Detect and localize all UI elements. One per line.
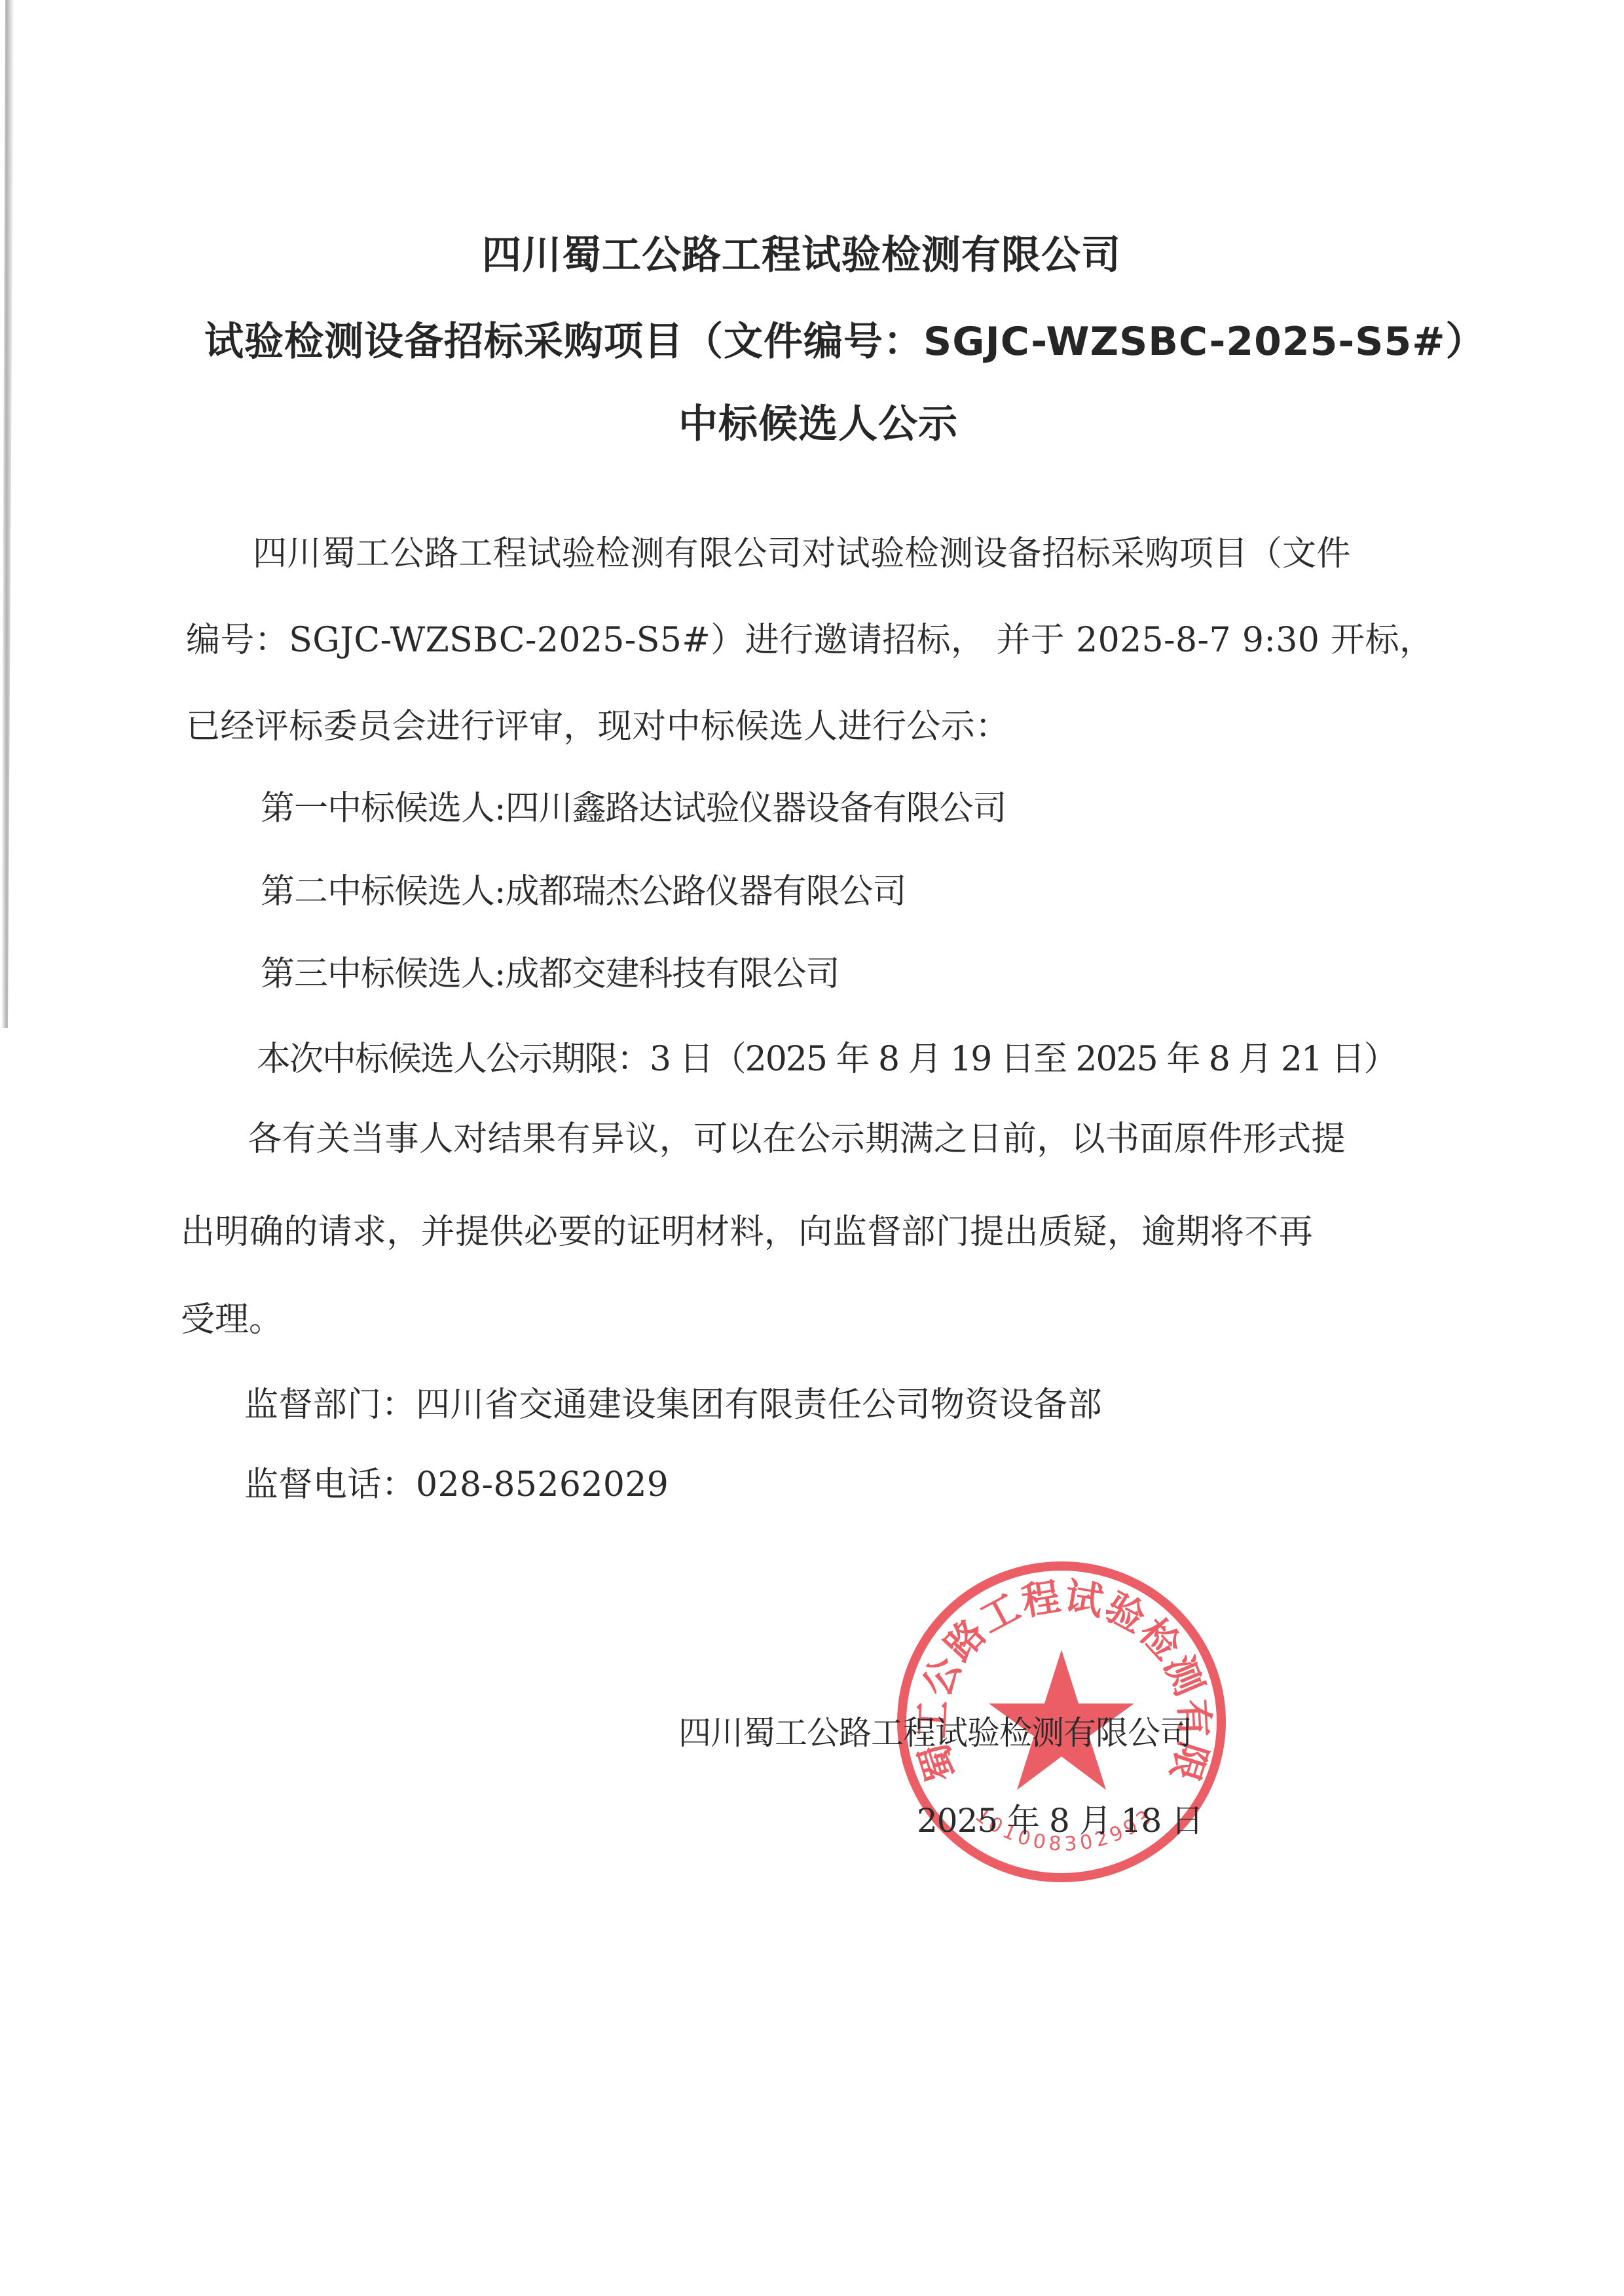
intro-line-3: 已经评标委员会进行评审，现对中标候选人进行公示： [186,710,1010,744]
candidate-rank-label: 第二中标候选人: [261,872,506,911]
objection-line-1: 各有关当事人对结果有异议，可以在公示期满之日前，以书面原件形式提 [248,1122,1346,1156]
candidate-company: 成都交建科技有限公司 [506,955,840,994]
intro-line-1: 四川蜀工公路工程试验检测有限公司对试验检测设备招标采购项目（文件 [253,537,1351,571]
candidate-rank-label: 第三中标候选人: [261,955,506,994]
signature-company: 四川蜀工公路工程试验检测有限公司 [678,1717,1192,1749]
supervision-department: 监督部门：四川省交通建设集团有限责任公司物资设备部 [244,1388,1102,1422]
candidate-first: 第一中标候选人:四川鑫路达试验仪器设备有限公司 [261,792,1006,826]
candidate-company: 成都瑞杰公路仪器有限公司 [506,872,906,911]
objection-line-2: 出明确的请求，并提供必要的证明材料，向监督部门提出质疑，逾期将不再 [181,1215,1313,1249]
objection-line-3: 受理。 [181,1303,283,1337]
candidate-company: 四川鑫路达试验仪器设备有限公司 [506,789,1006,828]
signature-date: 2025 年 8 月 18 日 [917,1804,1203,1837]
candidate-second: 第二中标候选人:成都瑞杰公路仪器有限公司 [261,875,906,909]
supervision-phone: 监督电话：028-85262029 [244,1468,669,1502]
intro-line-2: 编号：SGJC-WZSBC-2025-S5#）进行邀请招标， 并于 2025-8… [186,623,1433,657]
publicity-period: 本次中标候选人公示期限：3 日（2025 年 8 月 19 日至 2025 年 … [257,1042,1397,1076]
title-project: 试验检测设备招标采购项目（文件编号：SGJC-WZSBC-2025-S5#） [204,322,1485,361]
title-company: 四川蜀工公路工程试验检测有限公司 [482,236,1121,275]
scan-shadow-edge [1,0,14,1028]
title-announcement: 中标候选人公示 [678,405,958,444]
candidate-third: 第三中标候选人:成都交建科技有限公司 [261,957,840,991]
candidate-rank-label: 第一中标候选人: [261,789,506,828]
